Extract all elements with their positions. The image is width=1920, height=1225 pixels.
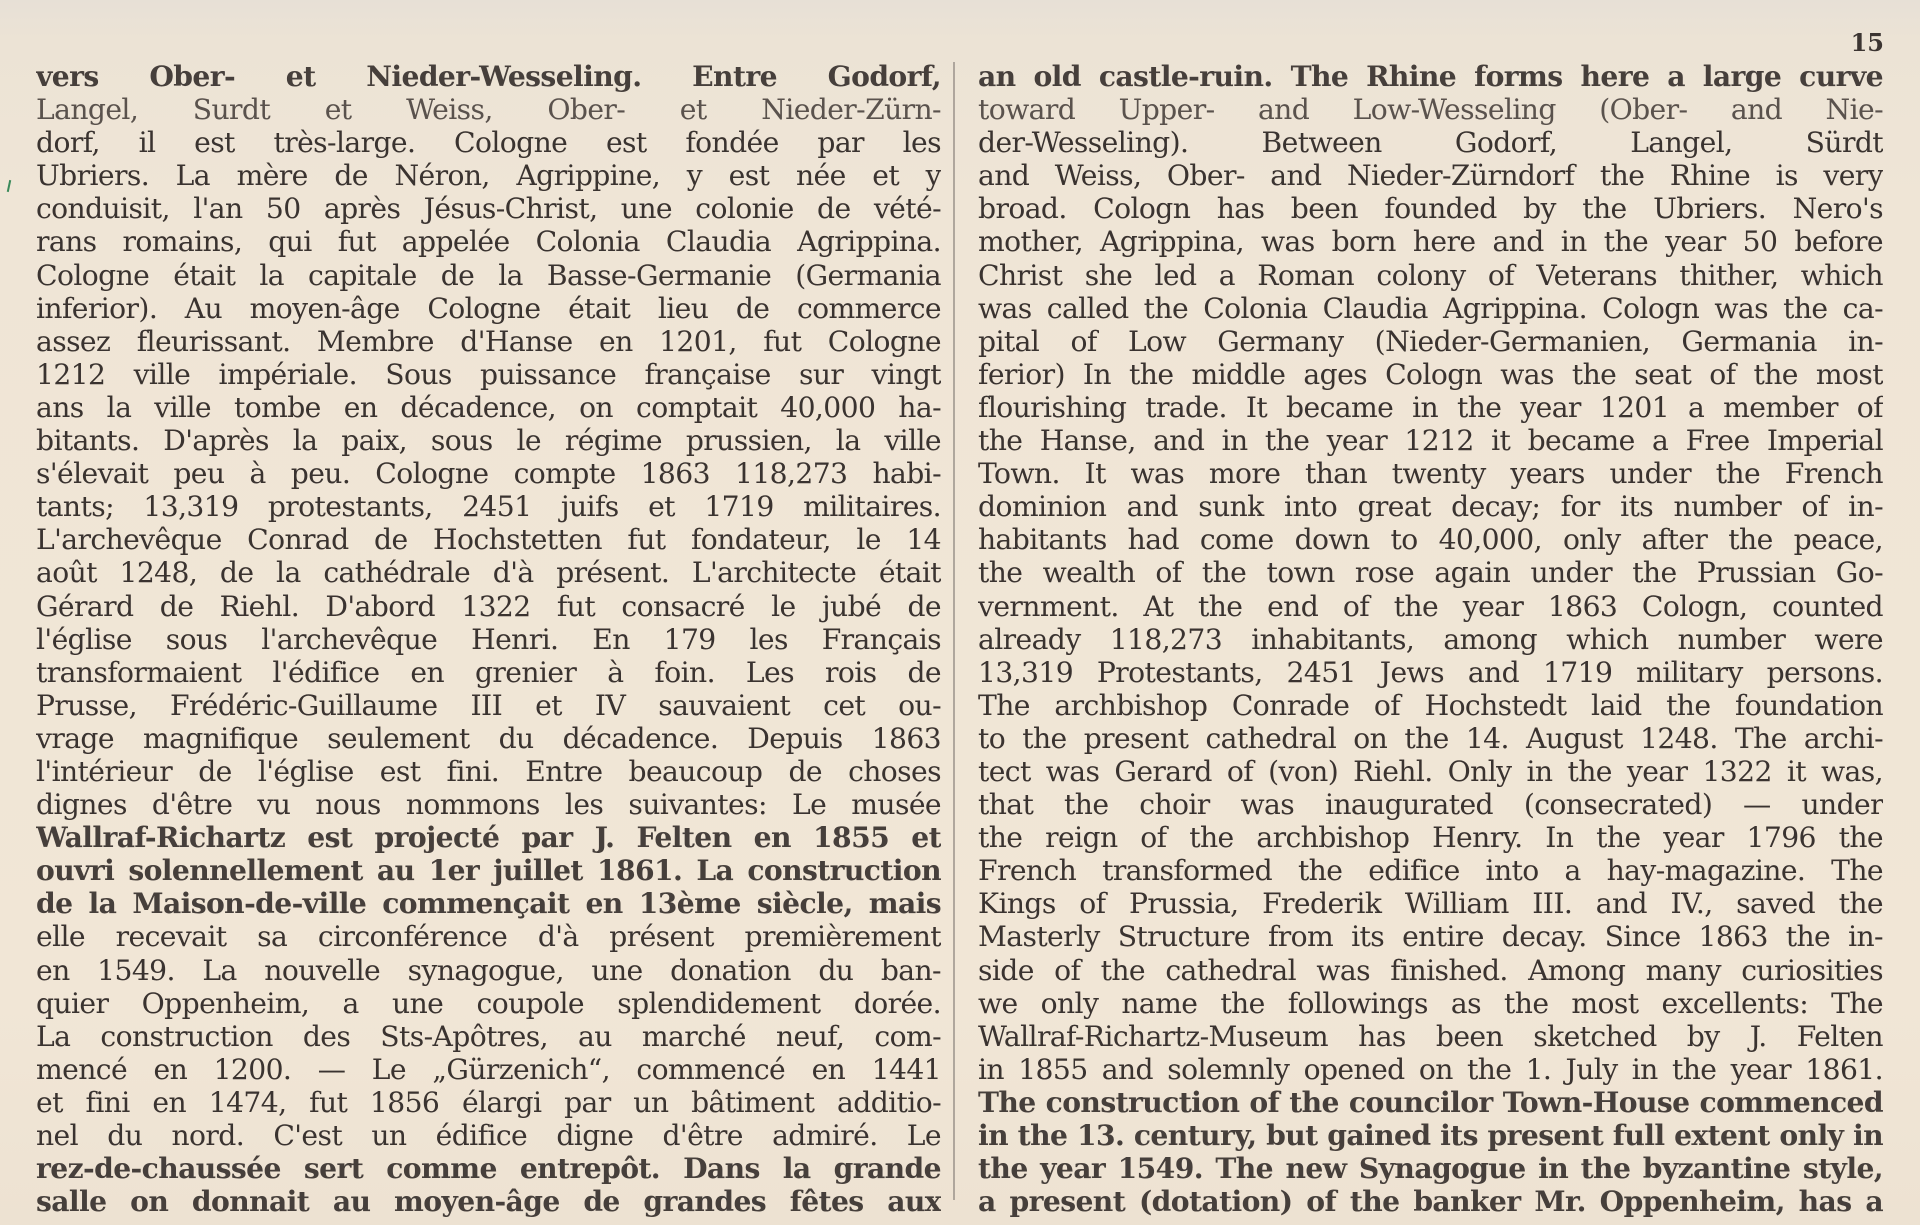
text-line: vernment. At the end of the year 1863 Co… (978, 590, 1883, 623)
text-line: dignes d'être vu nous nommons les suivan… (36, 788, 941, 821)
text-line: broad. Cologn has been founded by the Ub… (978, 192, 1883, 225)
text-line: the reign of the archbishop Henry. In th… (978, 821, 1883, 854)
text-line: was called the Colonia Claudia Agrippina… (978, 292, 1883, 325)
text-line: vrage magnifique seulement du décadence.… (36, 722, 941, 755)
text-line: dorf, il est très-large. Cologne est fon… (36, 126, 941, 159)
text-line: in 1855 and solemnly opened on the 1. Ju… (978, 1053, 1883, 1086)
text-line: Langel, Surdt et Weiss, Ober- et Nieder-… (36, 93, 941, 126)
text-line: Town. It was more than twenty years unde… (978, 457, 1883, 490)
text-line: ouvri solennellement au 1er juillet 1861… (36, 854, 941, 887)
french-column: vers Ober- et Nieder-Wesseling. Entre Go… (36, 60, 941, 1218)
text-line: salle on donnait au moyen-âge de grandes… (36, 1185, 941, 1218)
text-line: nel du nord. C'est un édifice digne d'êt… (36, 1119, 941, 1152)
text-line: in the 13. century, but gained its prese… (978, 1119, 1883, 1152)
text-line: vers Ober- et Nieder-Wesseling. Entre Go… (36, 60, 941, 93)
text-line: et fini en 1474, fut 1856 élargi par un … (36, 1086, 941, 1119)
text-line: Christ she led a Roman colony of Veteran… (978, 259, 1883, 292)
text-line: flourishing trade. It became in the year… (978, 391, 1883, 424)
text-line: ans la ville tombe en décadence, on comp… (36, 391, 941, 424)
text-line: dominion and sunk into great decay; for … (978, 490, 1883, 523)
text-line: der-Wesseling). Between Godorf, Langel, … (978, 126, 1883, 159)
text-line: bitants. D'après la paix, sous le régime… (36, 424, 941, 457)
text-line: mencé en 1200. — Le „Gürzenich“, commenc… (36, 1053, 941, 1086)
text-line: elle recevait sa circonférence d'à prése… (36, 920, 941, 953)
text-line: Masterly Structure from its entire decay… (978, 920, 1883, 953)
text-line: conduisit, l'an 50 après Jésus-Christ, u… (36, 192, 941, 225)
text-line: août 1248, de la cathédrale d'à présent.… (36, 556, 941, 589)
text-line: pital of Low Germany (Nieder-Germanien, … (978, 325, 1883, 358)
text-line: l'église sous l'archevêque Henri. En 179… (36, 623, 941, 656)
text-line: L'archevêque Conrad de Hochstetten fut f… (36, 523, 941, 556)
text-line: Wallraf-Richartz est projecté par J. Fel… (36, 821, 941, 854)
text-line: toward Upper- and Low-Wesseling (Ober- a… (978, 93, 1883, 126)
text-line: s'élevait peu à peu. Cologne compte 1863… (36, 457, 941, 490)
text-line: a present (dotation) of the banker Mr. O… (978, 1185, 1883, 1218)
text-line: an old castle-ruin. The Rhine forms here… (978, 60, 1883, 93)
text-line: rans romains, qui fut appelée Colonia Cl… (36, 225, 941, 258)
text-line: the wealth of the town rose again under … (978, 556, 1883, 589)
text-line: La construction des Sts-Apôtres, au marc… (36, 1020, 941, 1053)
text-line: Kings of Prussia, Frederik William III. … (978, 887, 1883, 920)
text-line: we only name the followings as the most … (978, 987, 1883, 1020)
text-line: 1212 ville impériale. Sous puissance fra… (36, 358, 941, 391)
text-line: rez-de-chaussée sert comme entrepôt. Dan… (36, 1152, 941, 1185)
text-line: to the present cathedral on the 14. Augu… (978, 722, 1883, 755)
text-line: tect was Gerard of (von) Riehl. Only in … (978, 755, 1883, 788)
text-line: 13,319 Protestants, 2451 Jews and 1719 m… (978, 656, 1883, 689)
text-line: Prusse, Frédéric-Guillaume III et IV sau… (36, 689, 941, 722)
page-number: 15 (1851, 28, 1884, 57)
text-line: side of the cathedral was finished. Amon… (978, 954, 1883, 987)
text-line: Gérard de Riehl. D'abord 1322 fut consac… (36, 590, 941, 623)
text-line: inferior). Au moyen-âge Cologne était li… (36, 292, 941, 325)
text-line: habitants had come down to 40,000, only … (978, 523, 1883, 556)
text-line: tants; 13,319 protestants, 2451 juifs et… (36, 490, 941, 523)
text-line: transformaient l'édifice en grenier à fo… (36, 656, 941, 689)
text-line: that the choir was inaugurated (consecra… (978, 788, 1883, 821)
book-page: 15 vers Ober- et Nieder-Wesseling. Entre… (0, 0, 1920, 1225)
text-line: quier Oppenheim, a une coupole splendide… (36, 987, 941, 1020)
text-line: assez fleurissant. Membre d'Hanse en 120… (36, 325, 941, 358)
text-line: French transformed the edifice into a ha… (978, 854, 1883, 887)
text-line: Cologne était la capitale de la Basse-Ge… (36, 259, 941, 292)
english-column: an old castle-ruin. The Rhine forms here… (978, 60, 1883, 1218)
margin-ink-mark (7, 180, 11, 192)
text-line: mother, Agrippina, was born here and in … (978, 225, 1883, 258)
text-line: already 118,273 inhabitants, among which… (978, 623, 1883, 656)
text-line: the Hanse, and in the year 1212 it becam… (978, 424, 1883, 457)
text-line: the year 1549. The new Synagogue in the … (978, 1152, 1883, 1185)
text-line: de la Maison-de-ville commençait en 13èm… (36, 887, 941, 920)
text-line: The archbishop Conrade of Hochstedt laid… (978, 689, 1883, 722)
text-line: en 1549. La nouvelle synagogue, une dona… (36, 954, 941, 987)
text-line: Wallraf-Richartz-Museum has been sketche… (978, 1020, 1883, 1053)
text-line: Ubriers. La mère de Néron, Agrippine, y … (36, 159, 941, 192)
text-line: ferior) In the middle ages Cologn was th… (978, 358, 1883, 391)
text-line: l'intérieur de l'église est fini. Entre … (36, 755, 941, 788)
text-line: The construction of the councilor Town-H… (978, 1086, 1883, 1119)
column-divider (953, 62, 955, 1200)
text-line: and Weiss, Ober- and Nieder-Zürndorf the… (978, 159, 1883, 192)
